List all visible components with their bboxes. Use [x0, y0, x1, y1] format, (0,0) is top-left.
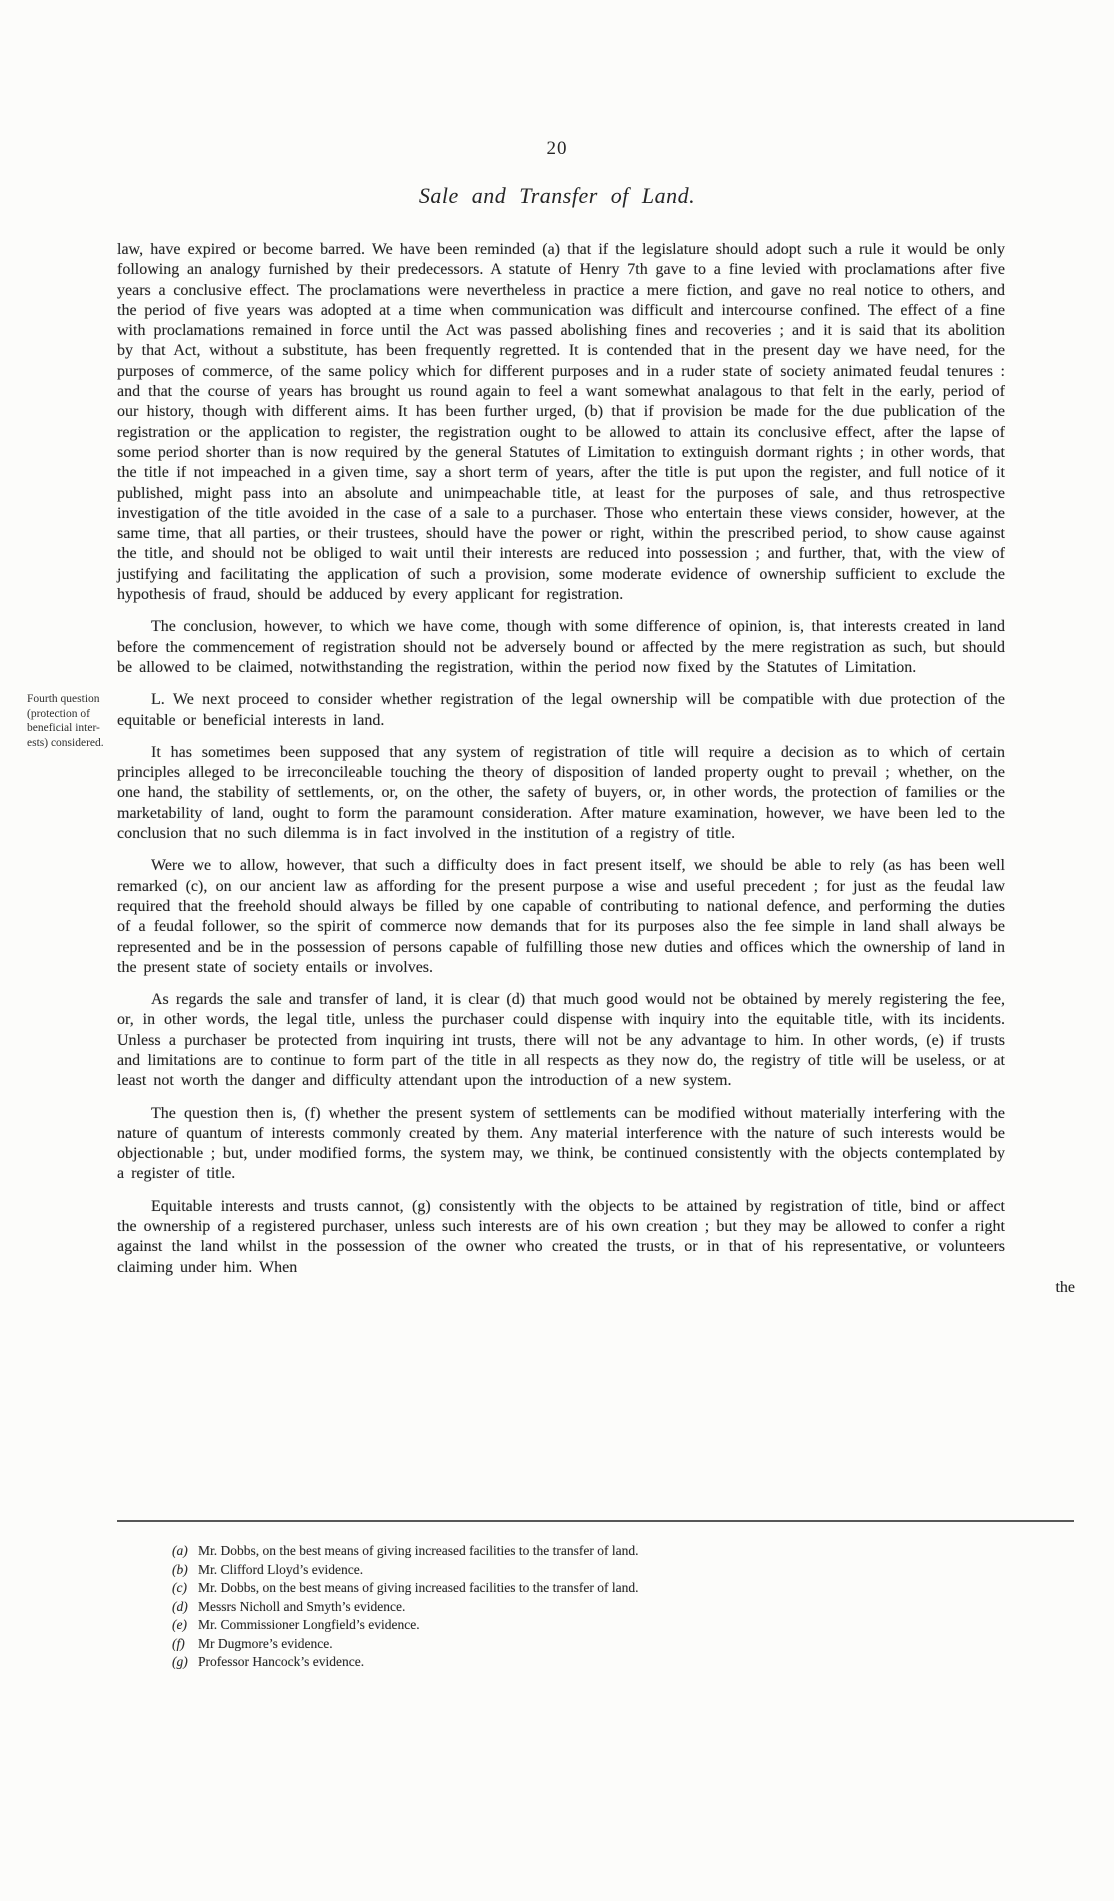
footnote-marker: (a) — [172, 1542, 198, 1561]
footnote-text: Mr. Commissioner Longfield’s evidence. — [198, 1617, 420, 1632]
fourth-question-section: Fourth question (protection of beneficia… — [117, 690, 1005, 731]
scanned-document-page: 20 Sale and Transfer of Land. law, have … — [0, 0, 1114, 1901]
paragraph-1: law, have expired or become barred. We h… — [117, 240, 1005, 605]
footnote-marker: (c) — [172, 1579, 198, 1598]
paragraph-3: L. We next proceed to consider whether r… — [117, 690, 1005, 731]
footnote-text: Mr. Dobbs, on the best means of giving i… — [198, 1543, 639, 1558]
footnote-d: (d)Messrs Nicholl and Smyth’s evidence. — [172, 1598, 1012, 1617]
body-text-column: law, have expired or become barred. We h… — [117, 240, 1005, 1298]
paragraph-8: Equitable interests and trusts cannot, (… — [117, 1197, 1005, 1278]
page-number: 20 — [0, 138, 1114, 160]
margin-note: Fourth question (protection of beneficia… — [27, 692, 113, 750]
margin-note-line: (protection of — [27, 707, 113, 722]
footnote-text: Mr Dugmore’s evidence. — [198, 1636, 333, 1651]
margin-note-line: beneficial inter- — [27, 721, 113, 736]
paragraph-5: Were we to allow, however, that such a d… — [117, 856, 1005, 978]
footnote-e: (e)Mr. Commissioner Longfield’s evidence… — [172, 1616, 1012, 1635]
footnote-text: Professor Hancock’s evidence. — [198, 1654, 364, 1669]
paragraph-2: The conclusion, however, to which we hav… — [117, 617, 1005, 678]
footnote-b: (b)Mr. Clifford Lloyd’s evidence. — [172, 1561, 1012, 1580]
footnote-a: (a)Mr. Dobbs, on the best means of givin… — [172, 1542, 1012, 1561]
footnote-g: (g)Professor Hancock’s evidence. — [172, 1653, 1012, 1672]
margin-note-line: Fourth question — [27, 692, 113, 707]
page-title: Sale and Transfer of Land. — [0, 183, 1114, 209]
margin-note-line: ests) considered. — [27, 736, 113, 751]
footnote-marker: (g) — [172, 1653, 198, 1672]
paragraph-4: It has sometimes been supposed that any … — [117, 743, 1005, 844]
footnotes: (a)Mr. Dobbs, on the best means of givin… — [172, 1542, 1012, 1672]
footnote-marker: (b) — [172, 1561, 198, 1580]
footnote-marker: (f) — [172, 1635, 198, 1654]
footnote-f: (f)Mr Dugmore’s evidence. — [172, 1635, 1012, 1654]
footnote-text: Mr. Clifford Lloyd’s evidence. — [198, 1562, 363, 1577]
catchword: the — [117, 1278, 1075, 1298]
footnote-text: Messrs Nicholl and Smyth’s evidence. — [198, 1599, 405, 1614]
footnote-divider-rule — [117, 1520, 1074, 1522]
paragraph-7: The question then is, (f) whether the pr… — [117, 1104, 1005, 1185]
footnote-marker: (e) — [172, 1616, 198, 1635]
footnote-text: Mr. Dobbs, on the best means of giving i… — [198, 1580, 639, 1595]
footnote-c: (c)Mr. Dobbs, on the best means of givin… — [172, 1579, 1012, 1598]
footnote-marker: (d) — [172, 1598, 198, 1617]
paragraph-6: As regards the sale and transfer of land… — [117, 990, 1005, 1091]
